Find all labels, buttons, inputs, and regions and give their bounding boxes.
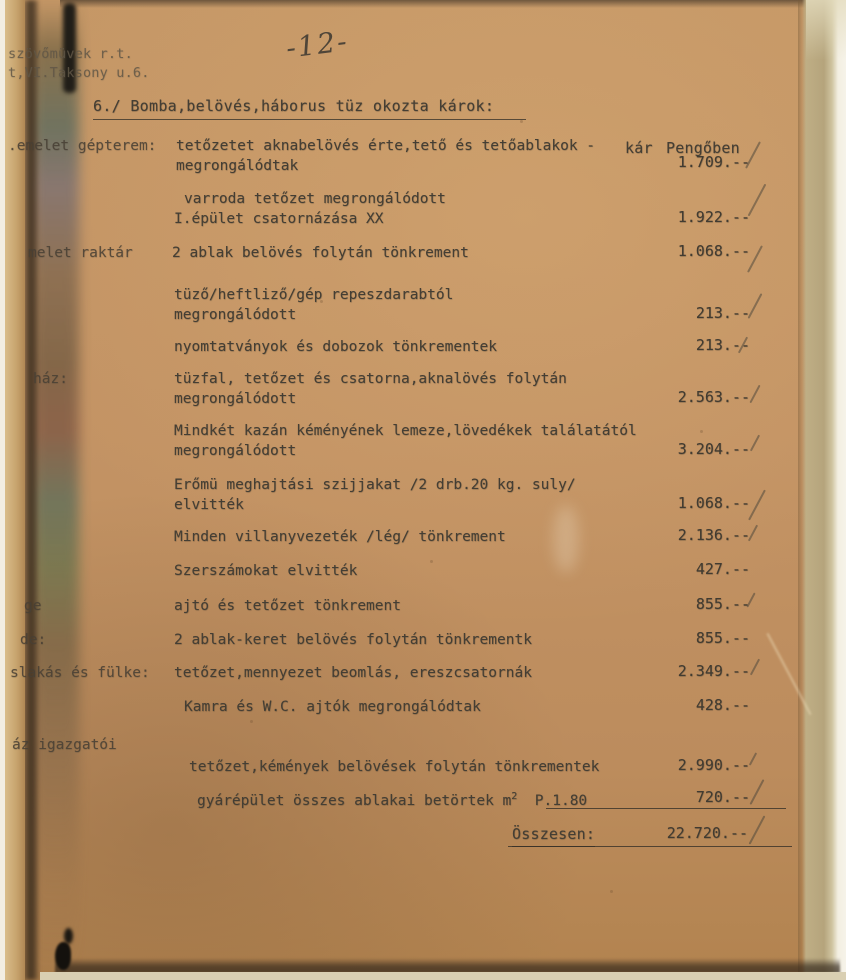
damage-amount: 427.-- xyxy=(600,560,750,578)
location-label: ház: xyxy=(33,371,68,387)
scan-bottom-margin xyxy=(40,972,846,980)
total-amount: 22.720.-- xyxy=(598,824,748,842)
paper-speck xyxy=(430,560,433,563)
damage-amount: 855.-- xyxy=(600,629,750,647)
damage-amount: 2.563.-- xyxy=(600,388,750,406)
page-top-shadow xyxy=(60,0,846,8)
check-tick xyxy=(750,779,765,805)
damage-description: tetőzet,mennyezet beomlás, ereszcsatorná… xyxy=(174,665,532,681)
check-tick xyxy=(749,815,766,844)
damage-description: tüzfal, tetőzet és csatorna,aknalövés fo… xyxy=(174,371,567,387)
damage-amount: 213.-- xyxy=(600,304,750,322)
damage-description: Szerszámokat elvitték xyxy=(174,563,357,579)
ink-blot-bottom-left-2 xyxy=(64,928,73,944)
damage-description: Minden villanyvezeték /lég/ tönkrement xyxy=(174,529,506,545)
check-tick xyxy=(749,385,760,404)
check-tick xyxy=(748,490,766,521)
ink-blot-bottom-left xyxy=(55,942,71,970)
handwritten-page-number: -12- xyxy=(284,24,350,64)
check-tick xyxy=(748,184,767,217)
damage-description: nyomtatványok és dobozok tönkrementek xyxy=(174,339,497,355)
paper-speck xyxy=(700,430,703,433)
paper-speck xyxy=(250,720,253,723)
damage-description: 2 ablak-keret belövés folytán tönkrement… xyxy=(174,632,532,648)
location-label: de: xyxy=(20,632,46,648)
paper-smudge xyxy=(553,505,579,573)
location-label: áz igazgatói xyxy=(12,737,117,753)
location-label: melet raktár xyxy=(28,245,133,261)
location-label: .emelet gépterem: xyxy=(8,138,156,154)
damage-amount: 720.-- xyxy=(600,788,750,806)
letterhead-company: szövőmüvek r.t. xyxy=(8,44,133,64)
section-heading: 6./ Bomba,belövés,háborus tüz okozta kár… xyxy=(93,96,526,120)
scan-left-margin xyxy=(0,0,5,980)
damage-amount: 2.990.-- xyxy=(600,756,750,774)
damage-description: elvitték xyxy=(174,497,244,513)
paper-speck xyxy=(610,890,613,893)
damage-description: Erőmü meghajtási szijjakat /2 drb.20 kg.… xyxy=(174,477,576,493)
total-rule xyxy=(508,846,792,847)
damage-description: tetőzet,kémények belövések folytán tönkr… xyxy=(189,759,599,775)
damage-description: megrongálódott xyxy=(174,443,296,459)
damage-description: varroda tetőzet megrongálódott xyxy=(184,191,446,207)
damage-description: megrongálódott xyxy=(174,391,296,407)
damage-description: Kamra és W.C. ajtók megrongálódtak xyxy=(184,699,481,715)
damage-amount: 1.709.-- xyxy=(600,153,750,171)
damage-amount: 213.-- xyxy=(600,336,750,354)
damage-description: megrongálódott xyxy=(174,307,296,323)
damage-description: ajtó és tetőzet tönkrement xyxy=(174,598,401,614)
damage-amount: 1.068.-- xyxy=(600,494,750,512)
damage-description: megrongálódtak xyxy=(176,158,298,174)
damage-amount: 428.-- xyxy=(600,696,750,714)
paper-speck xyxy=(520,120,523,123)
check-tick xyxy=(749,752,757,765)
damage-amount: 1.922.-- xyxy=(600,208,750,226)
check-tick xyxy=(750,659,760,676)
damage-amount: 3.204.-- xyxy=(600,440,750,458)
damage-description: tüző/heftliző/gép repeszdarabtól xyxy=(174,287,453,303)
damage-description: tetőzetet aknabelövés érte,tető és tetőa… xyxy=(176,138,595,154)
page-bottom-shadow xyxy=(55,958,840,973)
damage-amount: 2.136.-- xyxy=(600,526,750,544)
damage-description: I.épület csatornázása XX xyxy=(174,211,384,227)
description-post: P.1.80 xyxy=(517,793,587,809)
location-label: ge xyxy=(24,598,41,614)
damage-description: gyárépület összes ablakai betörtek m2 P.… xyxy=(197,791,587,809)
total-label: Összesen: xyxy=(512,824,595,847)
page-right-edge-highlight xyxy=(806,0,846,60)
description-pre: gyárépület összes ablakai betörtek m xyxy=(197,793,511,809)
damage-description: Mindkét kazán kéményének lemeze,lövedéke… xyxy=(174,423,637,439)
letterhead-address: t,VI.Taksony u.6. xyxy=(8,63,150,83)
damage-amount: 2.349.-- xyxy=(600,662,750,680)
check-tick xyxy=(750,435,760,452)
scanned-document-page: szövőmüvek r.t. t,VI.Taksony u.6. -12- 6… xyxy=(0,0,846,980)
location-label: slakás és fülke: xyxy=(10,665,150,681)
damage-amount: 1.068.-- xyxy=(600,242,750,260)
subtotal-rule xyxy=(546,808,786,809)
damage-description: 2 ablak belövés folytán tönkrement xyxy=(172,245,469,261)
damage-amount: 855.-- xyxy=(600,595,750,613)
page-right-edge-strip xyxy=(798,0,846,980)
